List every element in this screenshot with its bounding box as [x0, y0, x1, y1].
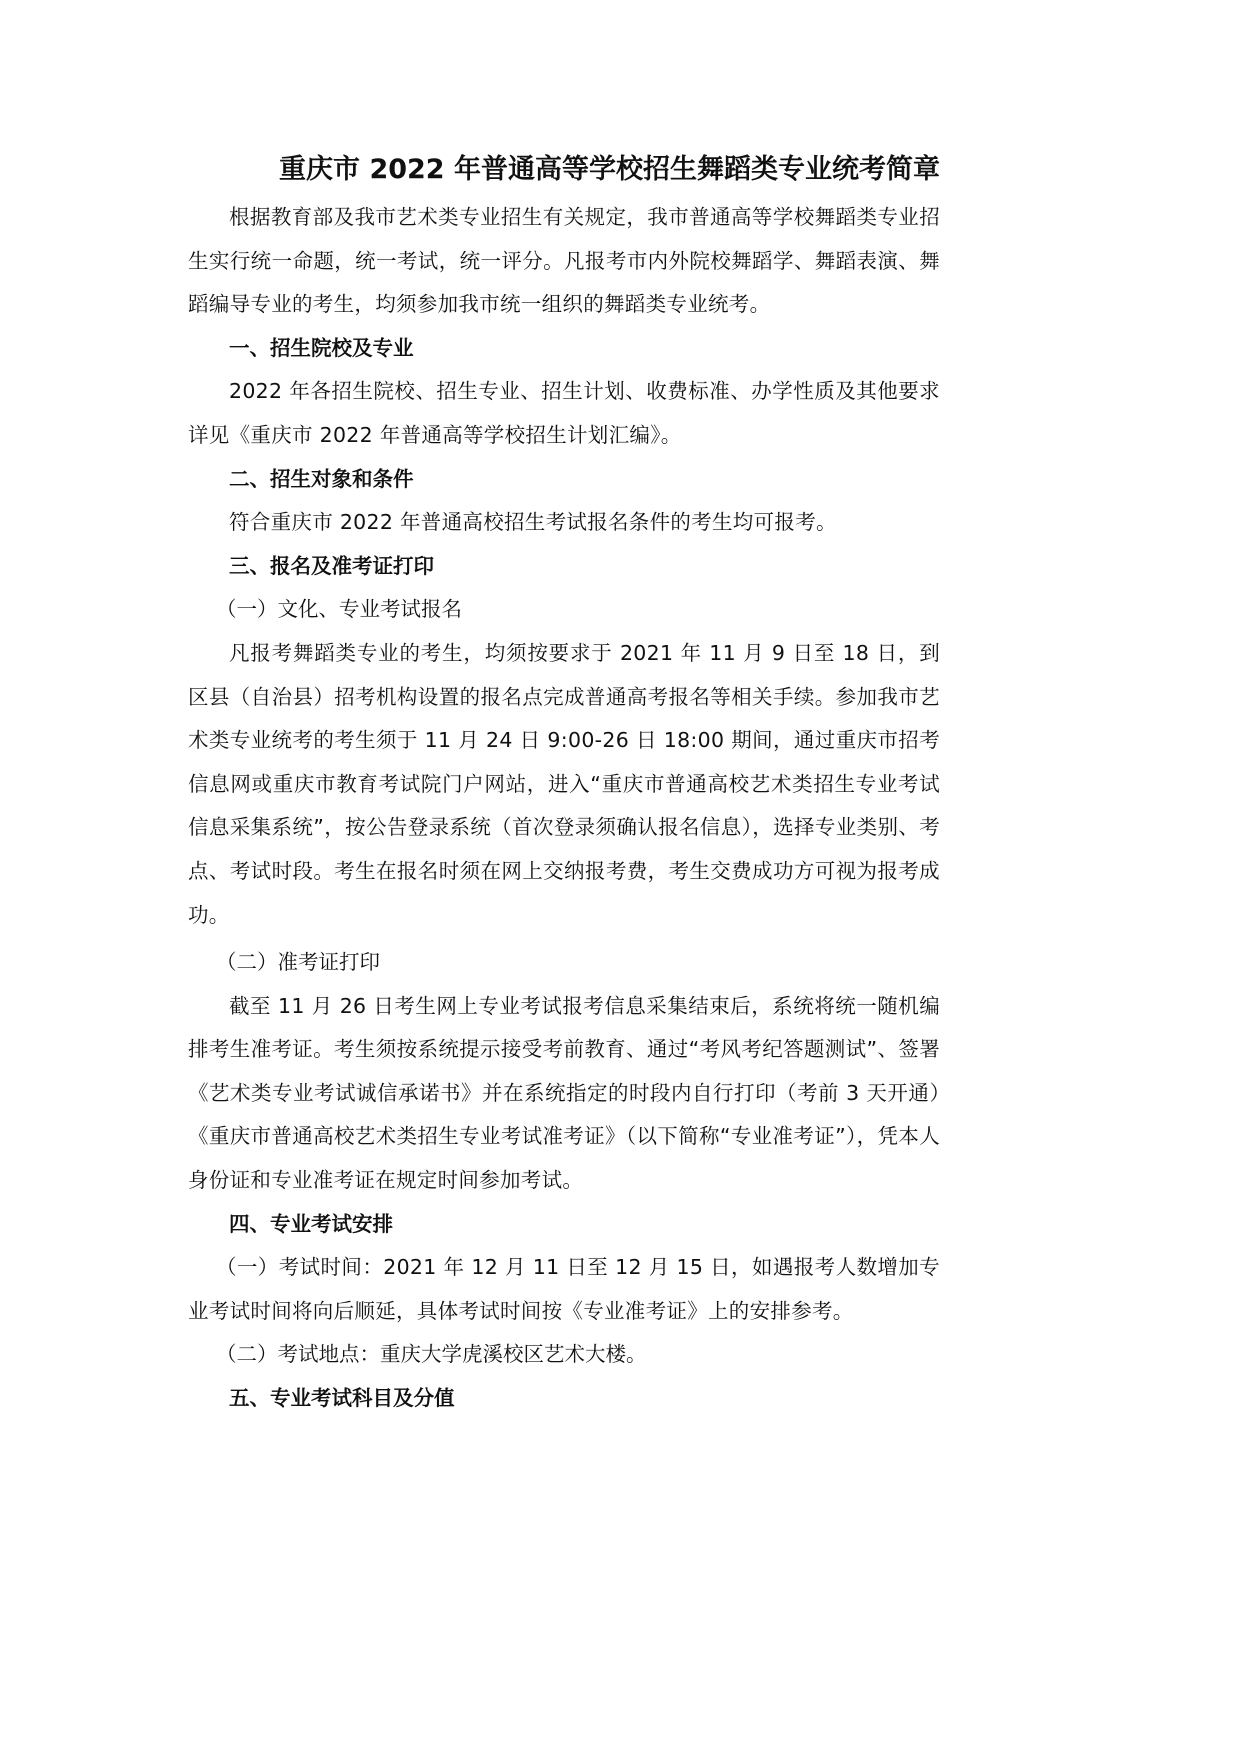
section-3-2-heading: （二）准考证打印: [188, 941, 940, 985]
section-2-paragraph: 符合重庆市 2022 年普通高校招生考试报名条件的考生均可报考。: [188, 501, 940, 545]
section-3-2-paragraph: 截至 11 月 26 日考生网上专业考试报考信息采集结束后，系统将统一随机编排考…: [188, 985, 940, 1203]
section-3-1-paragraph: 凡报考舞蹈类专业的考生，均须按要求于 2021 年 11 月 9 日至 18 日…: [188, 632, 940, 937]
section-4-heading: 四、专业考试安排: [188, 1203, 940, 1247]
document-title: 重庆市 2022 年普通高等学校招生舞蹈类专业统考简章: [188, 150, 940, 190]
section-1-paragraph: 2022 年各招生院校、招生专业、招生计划、收费标准、办学性质及其他要求详见《重…: [188, 370, 940, 457]
section-3-heading: 三、报名及准考证打印: [188, 545, 940, 589]
section-5-heading: 五、专业考试科目及分值: [188, 1377, 940, 1421]
section-4-item-1: （一）考试时间：2021 年 12 月 11 日至 12 月 15 日，如遇报考…: [188, 1246, 940, 1333]
intro-paragraph: 根据教育部及我市艺术类专业招生有关规定，我市普通高等学校舞蹈类专业招生实行统一命…: [188, 196, 940, 327]
section-3-1-heading: （一）文化、专业考试报名: [188, 588, 940, 632]
section-1-heading: 一、招生院校及专业: [188, 327, 940, 371]
section-2-heading: 二、招生对象和条件: [188, 458, 940, 502]
document-page: 重庆市 2022 年普通高等学校招生舞蹈类专业统考简章 根据教育部及我市艺术类专…: [188, 150, 940, 1421]
section-4-item-2: （二）考试地点：重庆大学虎溪校区艺术大楼。: [188, 1333, 940, 1377]
